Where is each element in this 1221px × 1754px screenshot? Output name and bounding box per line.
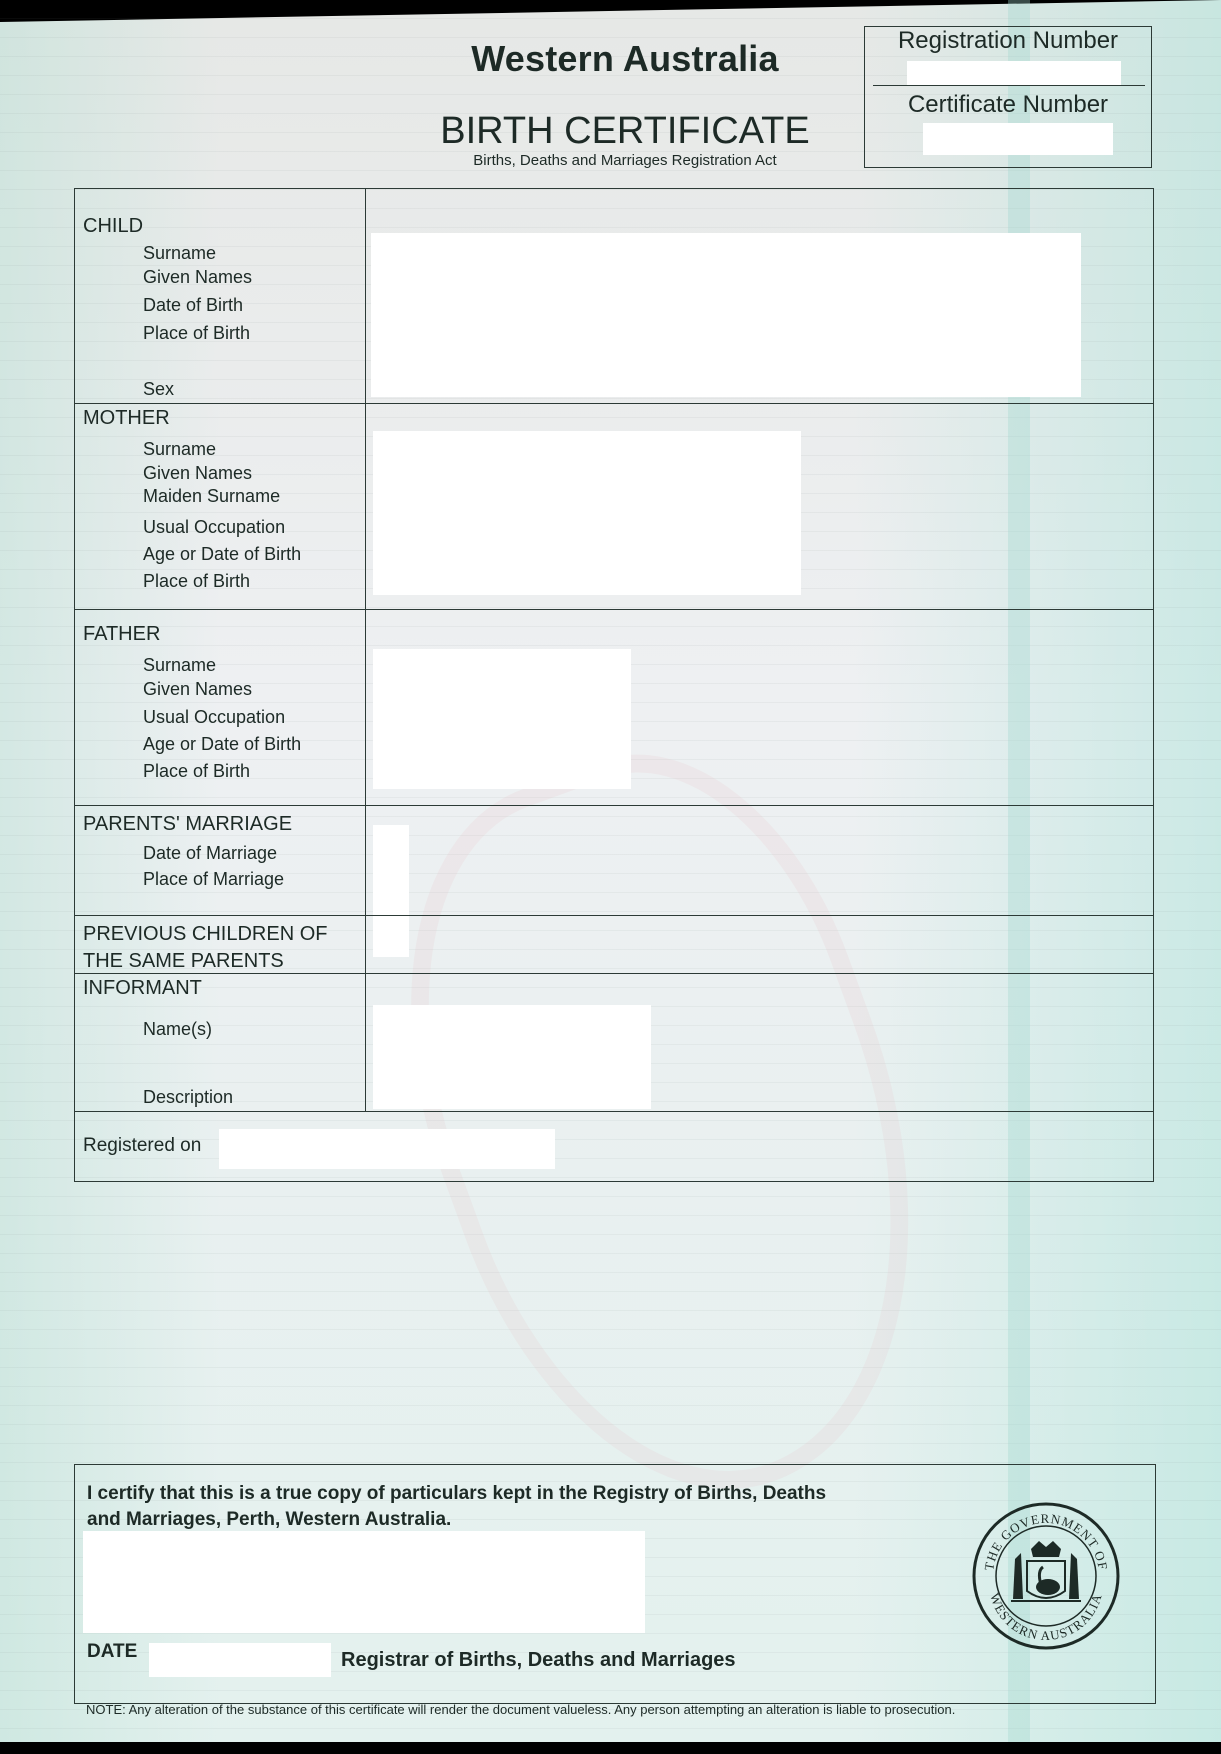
act-subtitle: Births, Deaths and Marriages Registratio…	[430, 152, 820, 169]
informant-description-label: Description	[143, 1087, 233, 1108]
father-surname-label: Surname	[143, 655, 216, 676]
date-label: DATE	[87, 1641, 137, 1663]
father-pob-label: Place of Birth	[143, 761, 250, 782]
mother-maiden-surname-label: Maiden Surname	[143, 486, 280, 507]
section-divider	[75, 915, 1153, 916]
certificate-number-redacted	[923, 123, 1113, 155]
section-divider	[75, 403, 1153, 404]
registrar-title: Registrar of Births, Deaths and Marriage…	[341, 1649, 736, 1672]
father-occupation-label: Usual Occupation	[143, 707, 285, 728]
number-box-divider	[873, 85, 1145, 86]
mother-occupation-label: Usual Occupation	[143, 517, 285, 538]
section-divider	[75, 609, 1153, 610]
mother-surname-label: Surname	[143, 439, 216, 460]
marriage-date-label: Date of Marriage	[143, 843, 277, 864]
mother-given-names-label: Given Names	[143, 463, 252, 484]
mother-details-redacted	[373, 431, 801, 595]
section-father-title: FATHER	[83, 623, 160, 646]
certification-box: I certify that this is a true copy of pa…	[74, 1464, 1156, 1704]
mother-age-label: Age or Date of Birth	[143, 544, 301, 565]
section-divider	[75, 1111, 1153, 1112]
date-redacted	[149, 1643, 331, 1677]
father-age-label: Age or Date of Birth	[143, 734, 301, 755]
government-seal-icon: THE GOVERNMENT OF WESTERN AUSTRALIA	[971, 1501, 1121, 1651]
footer-note: NOTE: Any alteration of the substance of…	[86, 1702, 955, 1717]
section-previous-children-title-line1: PREVIOUS CHILDREN OF	[83, 923, 327, 946]
section-previous-children-title-line2: THE SAME PARENTS	[83, 950, 284, 973]
child-given-names-label: Given Names	[143, 267, 252, 288]
section-informant-title: INFORMANT	[83, 977, 202, 1000]
registration-number-label: Registration Number	[865, 27, 1151, 55]
section-mother-title: MOTHER	[83, 407, 170, 430]
section-marriage-title: PARENTS' MARRIAGE	[83, 813, 292, 836]
child-details-redacted	[371, 233, 1081, 397]
marriage-details-redacted	[373, 825, 409, 957]
number-box: Registration Number Certificate Number	[864, 26, 1152, 168]
certificate-number-label: Certificate Number	[865, 91, 1151, 119]
scan-edge-bottom	[0, 1742, 1221, 1754]
registration-form: CHILD Surname Given Names Date of Birth …	[74, 188, 1154, 1182]
marriage-place-label: Place of Marriage	[143, 869, 284, 890]
child-sex-label: Sex	[143, 379, 174, 400]
certification-statement: I certify that this is a true copy of pa…	[87, 1481, 847, 1533]
registered-on-redacted	[219, 1129, 555, 1169]
registration-number-redacted	[907, 61, 1121, 85]
document-title: BIRTH CERTIFICATE	[430, 110, 820, 153]
scan-edge-top	[0, 0, 1221, 22]
informant-details-redacted	[373, 1005, 651, 1109]
jurisdiction-title: Western Australia	[440, 38, 810, 80]
section-child-title: CHILD	[83, 215, 143, 238]
child-surname-label: Surname	[143, 243, 216, 264]
mother-pob-label: Place of Birth	[143, 571, 250, 592]
father-details-redacted	[373, 649, 631, 789]
child-pob-label: Place of Birth	[143, 323, 250, 344]
signature-redacted	[83, 1531, 645, 1633]
father-given-names-label: Given Names	[143, 679, 252, 700]
child-dob-label: Date of Birth	[143, 295, 243, 316]
section-divider	[75, 973, 1153, 974]
informant-names-label: Name(s)	[143, 1019, 212, 1040]
section-divider	[75, 805, 1153, 806]
registered-on-label: Registered on	[83, 1135, 201, 1157]
